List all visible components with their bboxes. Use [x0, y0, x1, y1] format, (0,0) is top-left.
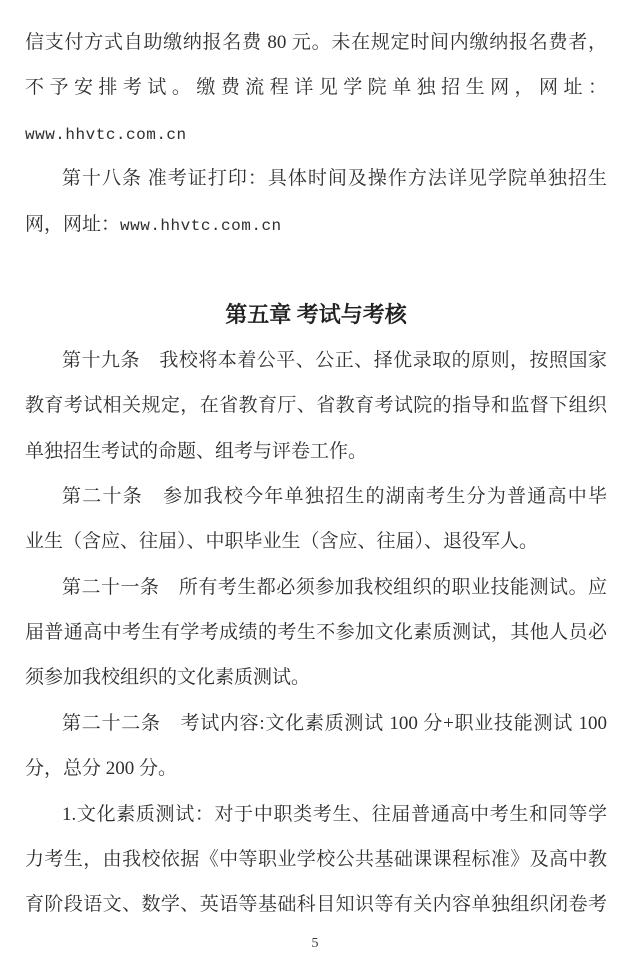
text-run: 育阶段语文、数学、英语等基础科目知识等有关内容单独组织闭卷考	[25, 894, 607, 915]
text-run: 分，总分 200 分。	[25, 758, 177, 779]
text-line: 第二十一条 所有考生都必须参加我校组织的职业技能测试。应	[25, 565, 607, 610]
text-run: 第五章 考试与考核	[225, 302, 407, 327]
text-run: 不予安排考试。缴费流程详见学院单独招生网，网址：	[25, 77, 607, 98]
chapter-heading: 第五章 考试与考核	[25, 292, 607, 337]
text-line: 第二十条 参加我校今年单独招生的湖南考生分为普通高中毕	[25, 474, 607, 519]
text-run: 届普通高中考生有学考成绩的考生不参加文化素质测试，其他人员必	[25, 622, 607, 643]
text-run: 力考生，由我校依据《中等职业学校公共基础课课程标准》及高中教	[25, 849, 607, 870]
text-line: 届普通高中考生有学考成绩的考生不参加文化素质测试，其他人员必	[25, 610, 607, 655]
text-line: 第十九条 我校将本着公平、公正、择优录取的原则，按照国家	[25, 338, 607, 383]
text-run: 1.文化素质测试：对于中职类考生、往届普通高中考生和同等学	[62, 804, 607, 825]
text-run: 教育考试相关规定，在省教育厅、省教育考试院的指导和监督下组织	[25, 395, 607, 416]
text-run: 信支付方式自助缴纳报名费 80 元。未在规定时间内缴纳报名费者，	[25, 32, 607, 53]
url-text: www.hhvtc.com.cn	[25, 126, 187, 144]
document-page: 信支付方式自助缴纳报名费 80 元。未在规定时间内缴纳报名费者，不予安排考试。缴…	[0, 0, 630, 978]
text-line: 业生（含应、往届）、中职毕业生（含应、往届）、退役军人。	[25, 519, 607, 564]
text-line: 育阶段语文、数学、英语等基础科目知识等有关内容单独组织闭卷考	[25, 882, 607, 927]
text-line: 第十八条 准考证打印：具体时间及操作方法详见学院单独招生	[25, 156, 607, 201]
text-run: 须参加我校组织的文化素质测试。	[25, 667, 310, 688]
text-run: 第二十一条 所有考生都必须参加我校组织的职业技能测试。应	[62, 577, 607, 598]
text-run: 第十八条 准考证打印：具体时间及操作方法详见学院单独招生	[62, 168, 607, 189]
text-line: 网，网址：www.hhvtc.com.cn	[25, 202, 607, 247]
text-line: 须参加我校组织的文化素质测试。	[25, 655, 607, 700]
text-run: 第二十二条 考试内容:文化素质测试 100 分+职业技能测试 100	[62, 713, 607, 734]
document-body: 信支付方式自助缴纳报名费 80 元。未在规定时间内缴纳报名费者，不予安排考试。缴…	[25, 20, 607, 928]
text-run: 业生（含应、往届）、中职毕业生（含应、往届）、退役军人。	[25, 531, 538, 552]
text-run: 网，网址：	[25, 214, 120, 235]
blank-line	[25, 247, 607, 292]
text-line: 信支付方式自助缴纳报名费 80 元。未在规定时间内缴纳报名费者，	[25, 20, 607, 65]
page-number: 5	[0, 936, 630, 952]
text-line: 不予安排考试。缴费流程详见学院单独招生网，网址：	[25, 65, 607, 110]
text-line: 力考生，由我校依据《中等职业学校公共基础课课程标准》及高中教	[25, 837, 607, 882]
url-text: www.hhvtc.com.cn	[120, 217, 282, 235]
text-line: 第二十二条 考试内容:文化素质测试 100 分+职业技能测试 100	[25, 701, 607, 746]
text-run: 第十九条 我校将本着公平、公正、择优录取的原则，按照国家	[62, 350, 607, 371]
text-line: 单独招生考试的命题、组考与评卷工作。	[25, 429, 607, 474]
text-run: 第二十条 参加我校今年单独招生的湖南考生分为普通高中毕	[62, 486, 607, 507]
text-line: 1.文化素质测试：对于中职类考生、往届普通高中考生和同等学	[25, 792, 607, 837]
text-line: www.hhvtc.com.cn	[25, 111, 607, 156]
text-line: 教育考试相关规定，在省教育厅、省教育考试院的指导和监督下组织	[25, 383, 607, 428]
text-run: 单独招生考试的命题、组考与评卷工作。	[25, 441, 367, 462]
text-line: 分，总分 200 分。	[25, 746, 607, 791]
